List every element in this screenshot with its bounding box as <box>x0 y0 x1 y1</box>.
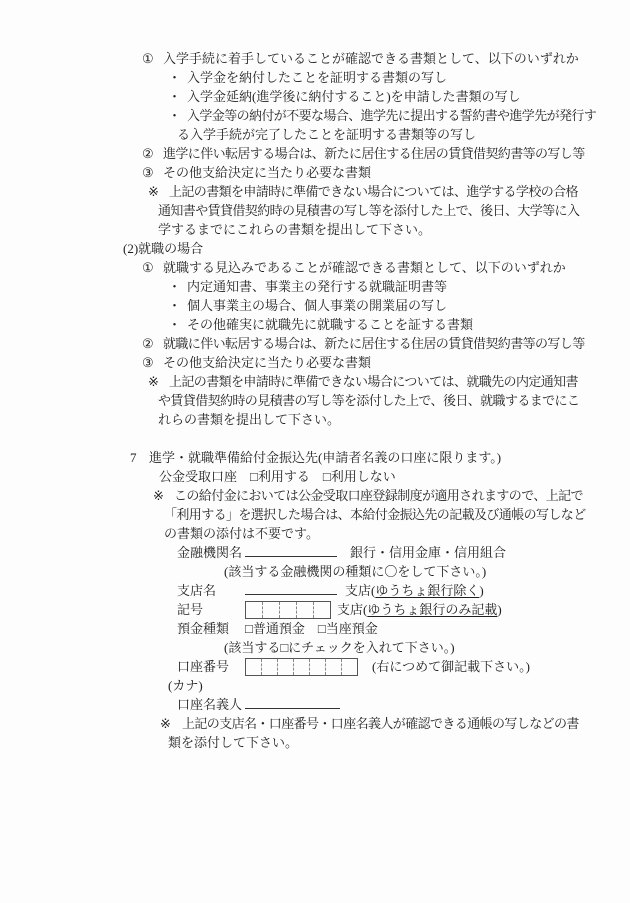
bullet-icon: ・ <box>168 106 187 125</box>
shushoku-bullet-2-text: 個人事業主の場合、個人事業の開業届の写し <box>187 298 447 313</box>
checkbox-icon: □ <box>323 469 331 484</box>
final-note-text-2: 類を添付して下さい。 <box>168 735 298 750</box>
branch-suffix-underlined: ゆうちょ銀行除く <box>375 583 479 598</box>
kokin-note-text-1: この給付金においては公金受取口座登録制度が適用されますので、上記で <box>174 488 583 503</box>
kigo-digit-boxes[interactable] <box>245 601 331 619</box>
checkbox-not-use-label: 利用しない <box>331 469 396 484</box>
shingaku-bullet-1: ・入学金を納付したことを証明する書類の写し <box>0 68 630 87</box>
shushoku-bullet-1: ・内定通知書、事業主の発行する就職証明書等 <box>0 277 630 296</box>
circled-1-marker: ① <box>142 258 163 277</box>
kigo-label: 記号 <box>177 600 245 619</box>
shushoku-bullet-3-text: その他確実に就職先に就職することを証する書類 <box>187 317 473 332</box>
account-holder-label: 口座名義人 <box>177 695 245 714</box>
branch-name-field[interactable] <box>245 581 337 595</box>
shushoku-item-2-text: 就職に伴い転居する場合は、新たに居住する住居の賃貸借契約書等の写し等 <box>163 336 585 351</box>
shingaku-item-3: ③その他支給決定に当たり必要な書類 <box>0 163 630 182</box>
account-holder-row: 口座名義人 <box>0 695 630 714</box>
branch-suffix: 支店(ゆうちょ銀行除く) <box>345 583 484 598</box>
final-note-line-2: 類を添付して下さい。 <box>0 733 630 752</box>
circled-2-marker: ② <box>142 144 163 163</box>
document-page: ①入学手続に着手していることが確認できる書類として、以下のいずれか ・入学金を納… <box>0 0 630 903</box>
shingaku-note-text-2: 通知書や賃貸借契約時の見積書の写し等を添付した上で、後日、大学等に入 <box>158 203 579 218</box>
checkbox-icon: □ <box>250 469 258 484</box>
shingaku-bullet-2: ・入学金延納(進学後に納付すること)を申請した書類の写し <box>0 87 630 106</box>
section-7-title-text: 進学・就職準備給付金振込先(申請者名義の口座に限ります。) <box>149 450 501 465</box>
blank-line <box>0 429 630 448</box>
shushoku-header: (2)就職の場合 <box>0 239 630 258</box>
kigo-row: 記号支店(ゆうちょ銀行のみ記載) <box>0 600 630 619</box>
shingaku-item-3-text: その他支給決定に当たり必要な書類 <box>163 165 371 180</box>
shingaku-bullet-3: ・入学金等の納付が不要な場合、進学先に提出する誓約書や進学先が発行す <box>0 106 630 125</box>
shushoku-note-text-2: や賃貸借契約時の見積書の写し等を添付した上で、後日、就職するまでにこ <box>158 393 579 408</box>
section-7-number: 7 <box>130 448 149 467</box>
shushoku-note-line-2: や賃貸借契約時の見積書の写し等を添付した上で、後日、就職するまでにこ <box>0 391 630 410</box>
kokin-note-line-1: ※この給付金においては公金受取口座登録制度が適用されますので、上記で <box>0 486 630 505</box>
current-deposit-label: 当座預金 <box>326 621 378 636</box>
shushoku-item-3: ③その他支給決定に当たり必要な書類 <box>0 353 630 372</box>
digit-cell <box>313 602 330 618</box>
shingaku-item-1-text: 入学手続に着手していることが確認できる書類として、以下のいずれか <box>163 51 579 66</box>
shingaku-bullet-3-cont-text: る入学手続が完了したことを証明する書類等の写し <box>177 127 476 142</box>
bank-name-label: 金融機関名 <box>177 543 245 562</box>
digit-cell <box>325 659 341 675</box>
kigo-suffix-post: ) <box>497 602 501 617</box>
digit-cell <box>246 659 261 675</box>
branch-suffix-pre: 支店( <box>345 583 375 598</box>
kokin-account-label: 公金受取口座 <box>159 469 237 484</box>
shushoku-item-2: ②就職に伴い転居する場合は、新たに居住する住居の賃貸借契約書等の写し等 <box>0 334 630 353</box>
shushoku-item-3-text: その他支給決定に当たり必要な書類 <box>163 355 371 370</box>
bullet-icon: ・ <box>168 87 187 106</box>
deposit-type-note-text: (該当する□にチェックを入れて下さい。) <box>224 640 455 655</box>
circled-3-marker: ③ <box>142 163 163 182</box>
kokin-note-line-3: の書類の添付は不要です。 <box>0 524 630 543</box>
shingaku-note-text-3: 学するまでにこれらの書類を提出して下さい。 <box>158 222 431 237</box>
shingaku-bullet-2-text: 入学金延納(進学後に納付すること)を申請した書類の写し <box>187 89 521 104</box>
kigo-suffix-underlined: ゆうちょ銀行のみ記載 <box>367 602 497 617</box>
digit-cell <box>296 602 313 618</box>
section-7-title: 7進学・就職準備給付金振込先(申請者名義の口座に限ります。) <box>0 448 630 467</box>
bullet-icon: ・ <box>168 315 187 334</box>
checkbox-icon: □ <box>318 621 326 636</box>
digit-cell <box>309 659 325 675</box>
checkbox-icon: □ <box>245 621 253 636</box>
shingaku-note-text-1: 上記の書類を申請時に準備できない場合については、進学する学校の合格 <box>169 184 578 199</box>
kigo-suffix: 支店(ゆうちょ銀行のみ記載) <box>337 602 502 617</box>
account-holder-field[interactable] <box>245 695 340 709</box>
kokin-note-text-2: 「利用する」を選択した場合は、本給付金振込先の記載及び通帳の写しなど <box>164 507 586 522</box>
checkbox-not-use-kokin[interactable]: □利用しない <box>323 469 396 484</box>
shushoku-bullet-2: ・個人事業主の場合、個人事業の開業届の写し <box>0 296 630 315</box>
final-note-text-1: 上記の支店名・口座番号・口座名義人が確認できる通帳の写しなどの書 <box>182 716 579 731</box>
shingaku-bullet-3-text: 入学金等の納付が不要な場合、進学先に提出する誓約書や進学先が発行す <box>187 108 596 123</box>
deposit-type-note: (該当する□にチェックを入れて下さい。) <box>0 638 630 657</box>
shingaku-item-2-text: 進学に伴い転居する場合は、新たに居住する住居の賃貸借契約書等の写し等 <box>163 146 585 161</box>
digit-cell <box>261 659 277 675</box>
checkbox-ordinary-deposit[interactable]: □普通預金 <box>245 621 305 636</box>
shushoku-header-text: (2)就職の場合 <box>123 241 203 256</box>
branch-name-row: 支店名支店(ゆうちょ銀行除く) <box>0 581 630 600</box>
bullet-icon: ・ <box>168 296 187 315</box>
checkbox-current-deposit[interactable]: □当座預金 <box>318 621 378 636</box>
shushoku-bullet-1-text: 内定通知書、事業主の発行する就職証明書等 <box>187 279 447 294</box>
reference-mark-icon: ※ <box>148 372 169 391</box>
kana-row: (カナ) <box>0 676 630 695</box>
shingaku-bullet-1-text: 入学金を納付したことを証明する書類の写し <box>187 70 447 85</box>
shingaku-item-1: ①入学手続に着手していることが確認できる書類として、以下のいずれか <box>0 49 630 68</box>
digit-cell <box>341 659 357 675</box>
checkbox-use-kokin[interactable]: □利用する <box>250 469 310 484</box>
shingaku-note-line-2: 通知書や賃貸借契約時の見積書の写し等を添付した上で、後日、大学等に入 <box>0 201 630 220</box>
kokin-note-text-3: の書類の添付は不要です。 <box>164 526 319 541</box>
account-number-row: 口座番号(右につめて御記載下さい。) <box>0 657 630 676</box>
bank-name-field[interactable] <box>245 543 337 557</box>
deposit-type-label: 預金種類 <box>177 619 245 638</box>
bank-type-note: (該当する金融機関の種類に〇をして下さい。) <box>0 562 630 581</box>
checkbox-use-label: 利用する <box>258 469 310 484</box>
shingaku-item-2: ②進学に伴い転居する場合は、新たに居住する住居の賃貸借契約書等の写し等 <box>0 144 630 163</box>
shushoku-note-line-3: れらの書類を提出して下さい。 <box>0 410 630 429</box>
shingaku-note-line-3: 学するまでにこれらの書類を提出して下さい。 <box>0 220 630 239</box>
digit-cell <box>279 602 296 618</box>
digit-cell <box>277 659 293 675</box>
reference-mark-icon: ※ <box>160 714 182 733</box>
deposit-type-row: 預金種類□普通預金□当座預金 <box>0 619 630 638</box>
bullet-icon: ・ <box>168 277 187 296</box>
circled-2-marker: ② <box>142 334 163 353</box>
shushoku-bullet-3: ・その他確実に就職先に就職することを証する書類 <box>0 315 630 334</box>
branch-suffix-post: ) <box>479 583 483 598</box>
account-number-digit-boxes[interactable] <box>245 658 358 676</box>
shushoku-note-text-3: れらの書類を提出して下さい。 <box>158 412 340 427</box>
kokin-account-row: 公金受取口座□利用する□利用しない <box>0 467 630 486</box>
branch-name-label: 支店名 <box>177 581 245 600</box>
circled-1-marker: ① <box>142 49 163 68</box>
shushoku-note-line-1: ※上記の書類を申請時に準備できない場合については、就職先の内定通知書 <box>0 372 630 391</box>
bank-type-note-text: (該当する金融機関の種類に〇をして下さい。) <box>224 564 486 579</box>
digit-cell <box>293 659 309 675</box>
ordinary-deposit-label: 普通預金 <box>253 621 305 636</box>
final-note-line-1: ※上記の支店名・口座番号・口座名義人が確認できる通帳の写しなどの書 <box>0 714 630 733</box>
reference-mark-icon: ※ <box>153 486 174 505</box>
account-number-label: 口座番号 <box>177 657 245 676</box>
shushoku-item-1: ①就職する見込みであることが確認できる書類として、以下のいずれか <box>0 258 630 277</box>
kigo-suffix-pre: 支店( <box>337 602 367 617</box>
shingaku-bullet-3-cont: る入学手続が完了したことを証明する書類等の写し <box>0 125 630 144</box>
kokin-note-line-2: 「利用する」を選択した場合は、本給付金振込先の記載及び通帳の写しなど <box>0 505 630 524</box>
account-number-note: (右につめて御記載下さい。) <box>372 659 530 674</box>
kana-label: (カナ) <box>168 678 203 693</box>
shingaku-note-line-1: ※上記の書類を申請時に準備できない場合については、進学する学校の合格 <box>0 182 630 201</box>
digit-cell <box>246 602 262 618</box>
shushoku-note-text-1: 上記の書類を申請時に準備できない場合については、就職先の内定通知書 <box>169 374 578 389</box>
bank-types-text: 銀行・信用金庫・信用組合 <box>350 545 506 560</box>
bullet-icon: ・ <box>168 68 187 87</box>
circled-3-marker: ③ <box>142 353 163 372</box>
bank-name-row: 金融機関名銀行・信用金庫・信用組合 <box>0 543 630 562</box>
reference-mark-icon: ※ <box>148 182 169 201</box>
digit-cell <box>262 602 279 618</box>
shushoku-item-1-text: 就職する見込みであることが確認できる書類として、以下のいずれか <box>163 260 566 275</box>
